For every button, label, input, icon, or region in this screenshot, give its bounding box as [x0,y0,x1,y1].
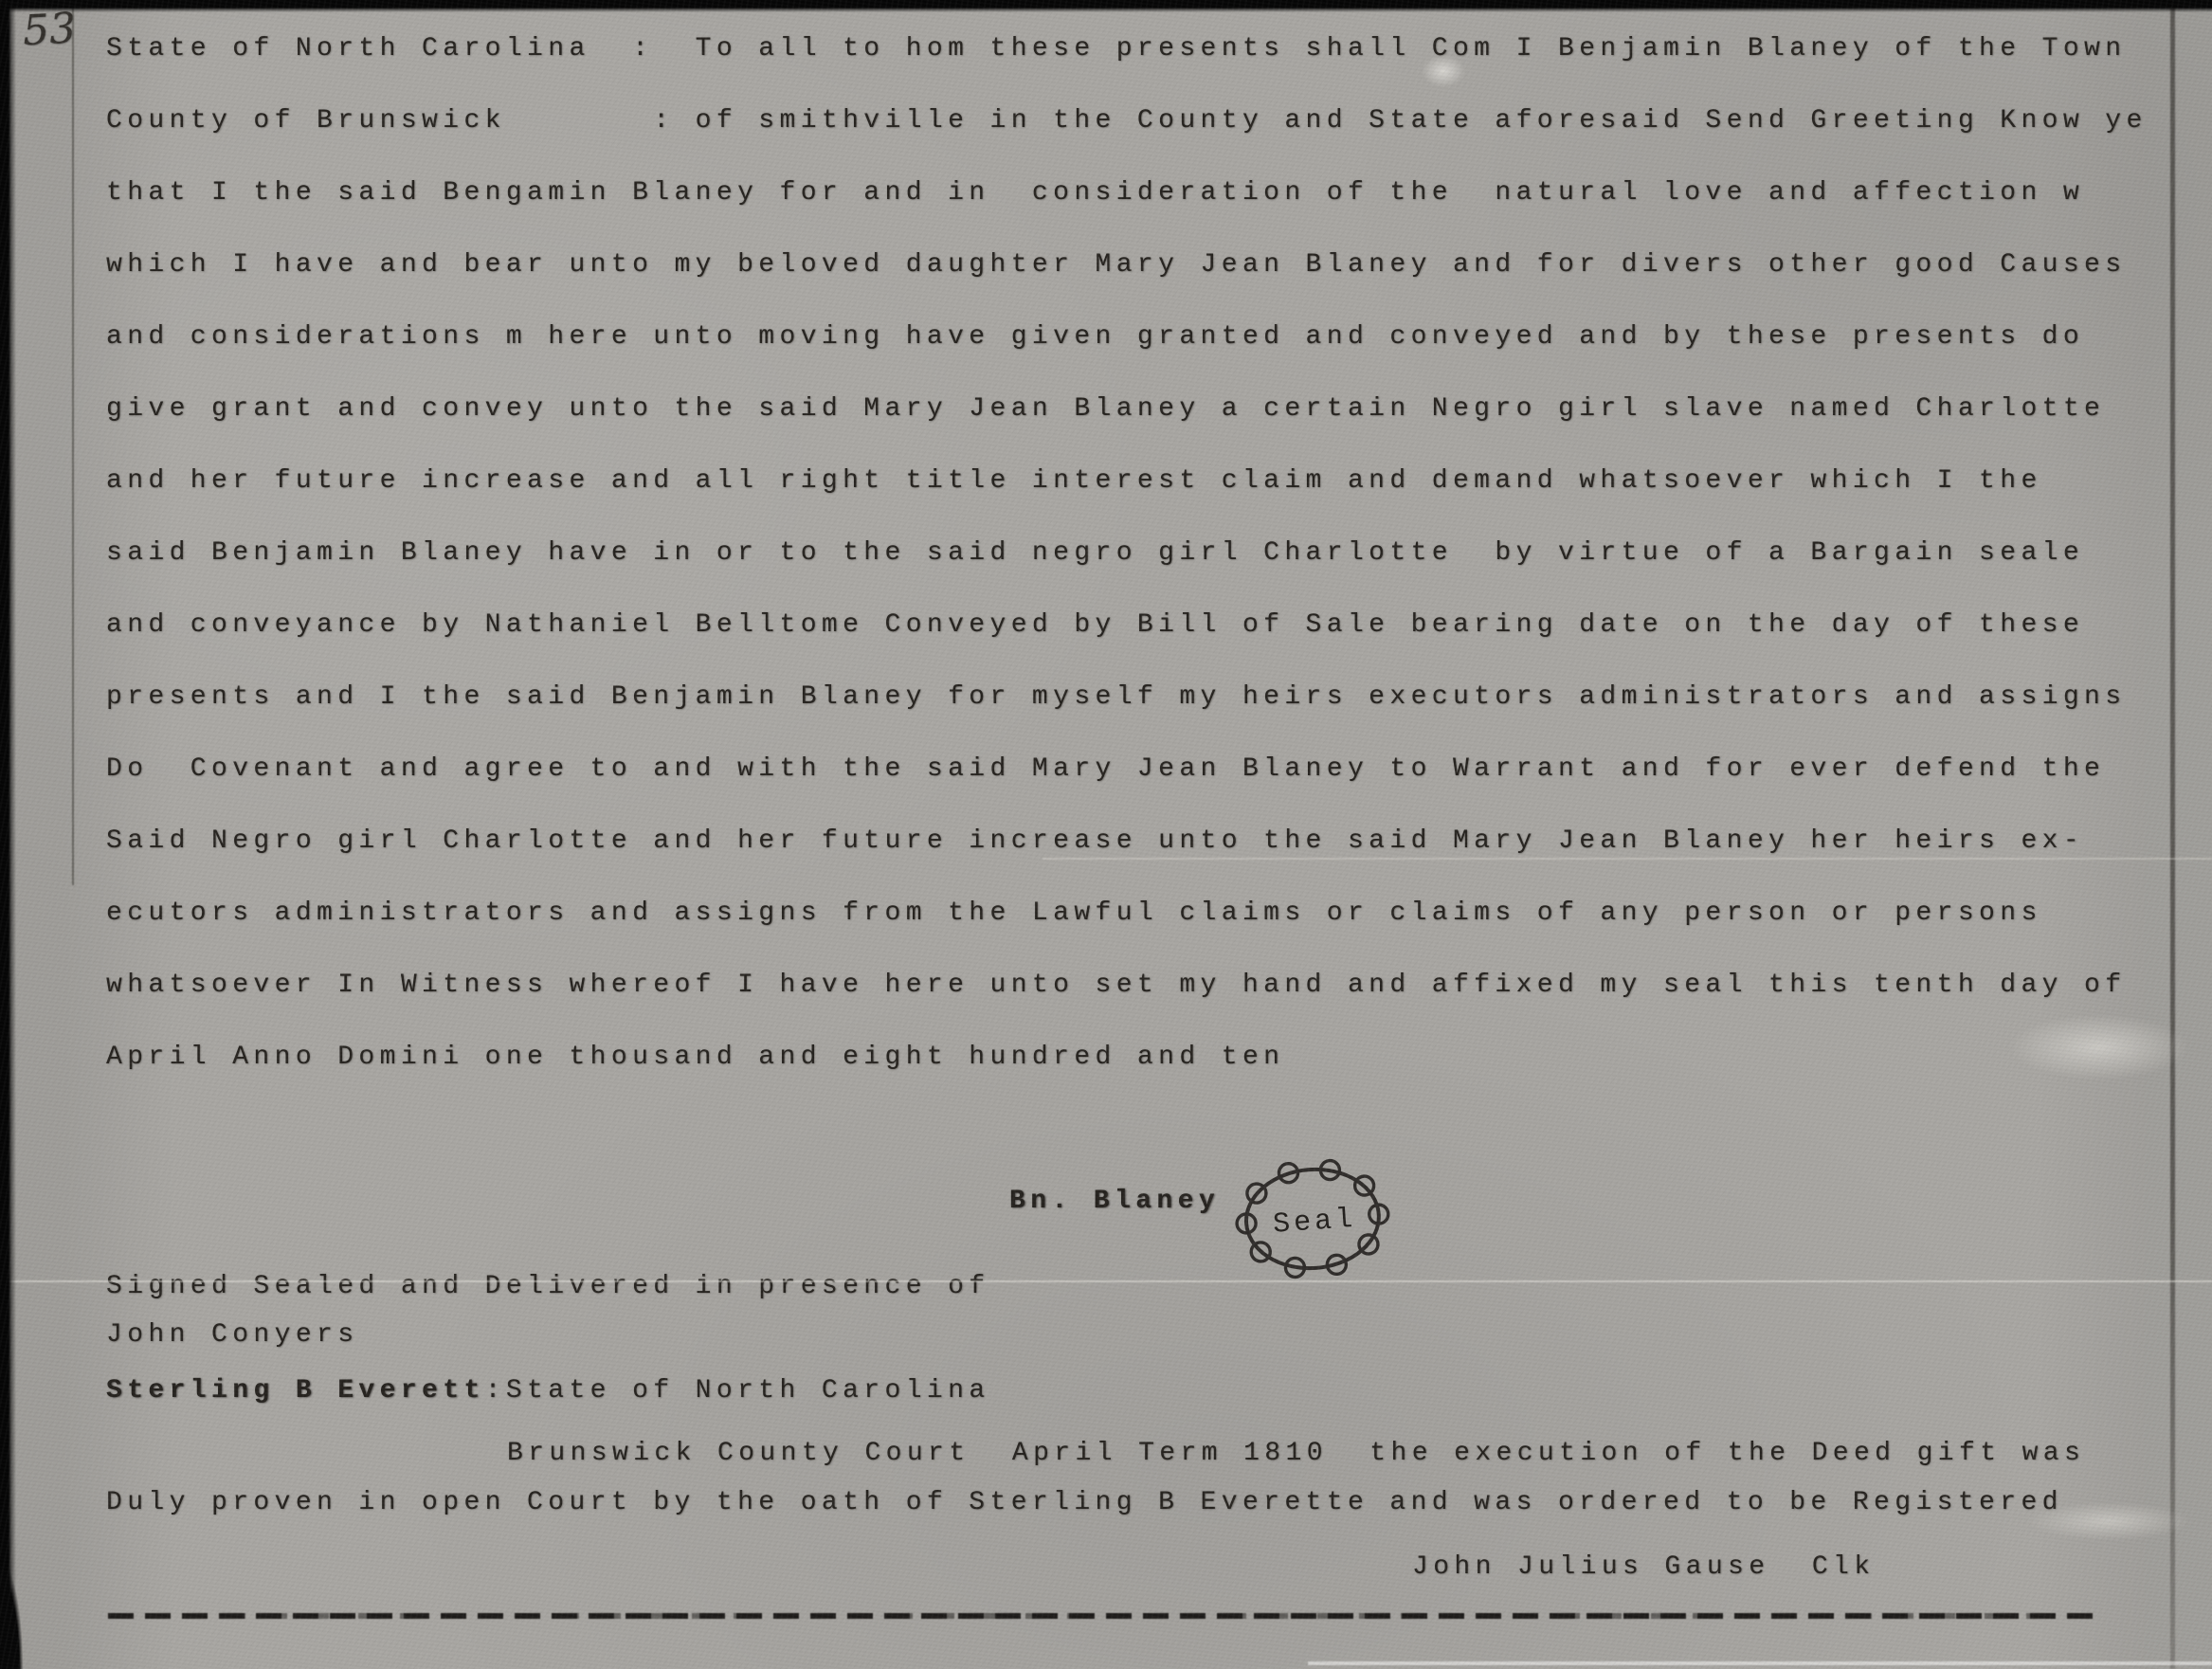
deed-line: State of North Carolina : To all to hom … [106,13,2148,85]
deed-line: Do Covenant and agree to and with the sa… [106,734,2148,806]
seal-label: Seal [1272,1204,1357,1242]
signature-name: Bn. Blaney [1009,1187,1220,1216]
faded-blotch [2009,1014,2189,1080]
witness-name-2-line: Sterling B Everett:State of North Caroli… [106,1376,990,1406]
deed-line: which I have and bear unto my beloved da… [106,229,2148,301]
deed-line: County of Brunswick : of smithville in t… [106,85,2148,157]
seal-icon: Seal [1218,1149,1406,1292]
deed-line: give grant and convey unto the said Mary… [106,373,2148,445]
deed-line: and her future increase and all right ti… [106,445,2148,517]
margin-rule-line [72,6,74,885]
court-term-line: Brunswick County Court April Term 1810 t… [507,1439,2085,1468]
witness-state-caption: :State of North Carolina [485,1376,990,1406]
deed-line: and considerations m here unto moving ha… [106,301,2148,373]
witness-presence-line: Signed Sealed and Delivered in presence … [106,1272,990,1301]
deed-line: April Anno Domini one thousand and eight… [106,1022,2148,1094]
scratch-line [0,1280,2212,1282]
scan-edge-left [0,0,16,1669]
deed-body: State of North Carolina : To all to hom … [106,13,2148,1094]
faded-blotch [2028,1502,2189,1540]
scan-edge-highlight [1308,1661,2212,1665]
dashed-separator [108,1613,2104,1619]
deed-line: presents and I the said Benjamin Blaney … [106,662,2148,734]
scan-corner-shadow [0,1517,32,1669]
deed-line: that I the said Bengamin Blaney for and … [106,157,2148,229]
witness-name-2: Sterling B Everett [106,1376,485,1406]
deed-line: and conveyance by Nathaniel Belltome Con… [106,590,2148,662]
witness-name-1: John Conyers [106,1320,358,1350]
deed-line: Said Negro girl Charlotte and her future… [106,806,2148,878]
court-proven-line: Duly proven in open Court by the oath of… [106,1488,2063,1517]
scratch-line [1043,858,2212,860]
page-fold-line [2170,0,2175,1669]
scanned-deed-page: 53 State of North Carolina : To all to h… [0,0,2212,1669]
faded-blotch [1422,55,1465,87]
clerk-signature: John Julius Gause Clk [1412,1552,1875,1582]
deed-line: ecutors administrators and assigns from … [106,878,2148,950]
deed-line: whatsoever In Witness whereof I have her… [106,950,2148,1022]
deed-line: said Benjamin Blaney have in or to the s… [106,517,2148,590]
scan-edge-top [0,0,2212,12]
